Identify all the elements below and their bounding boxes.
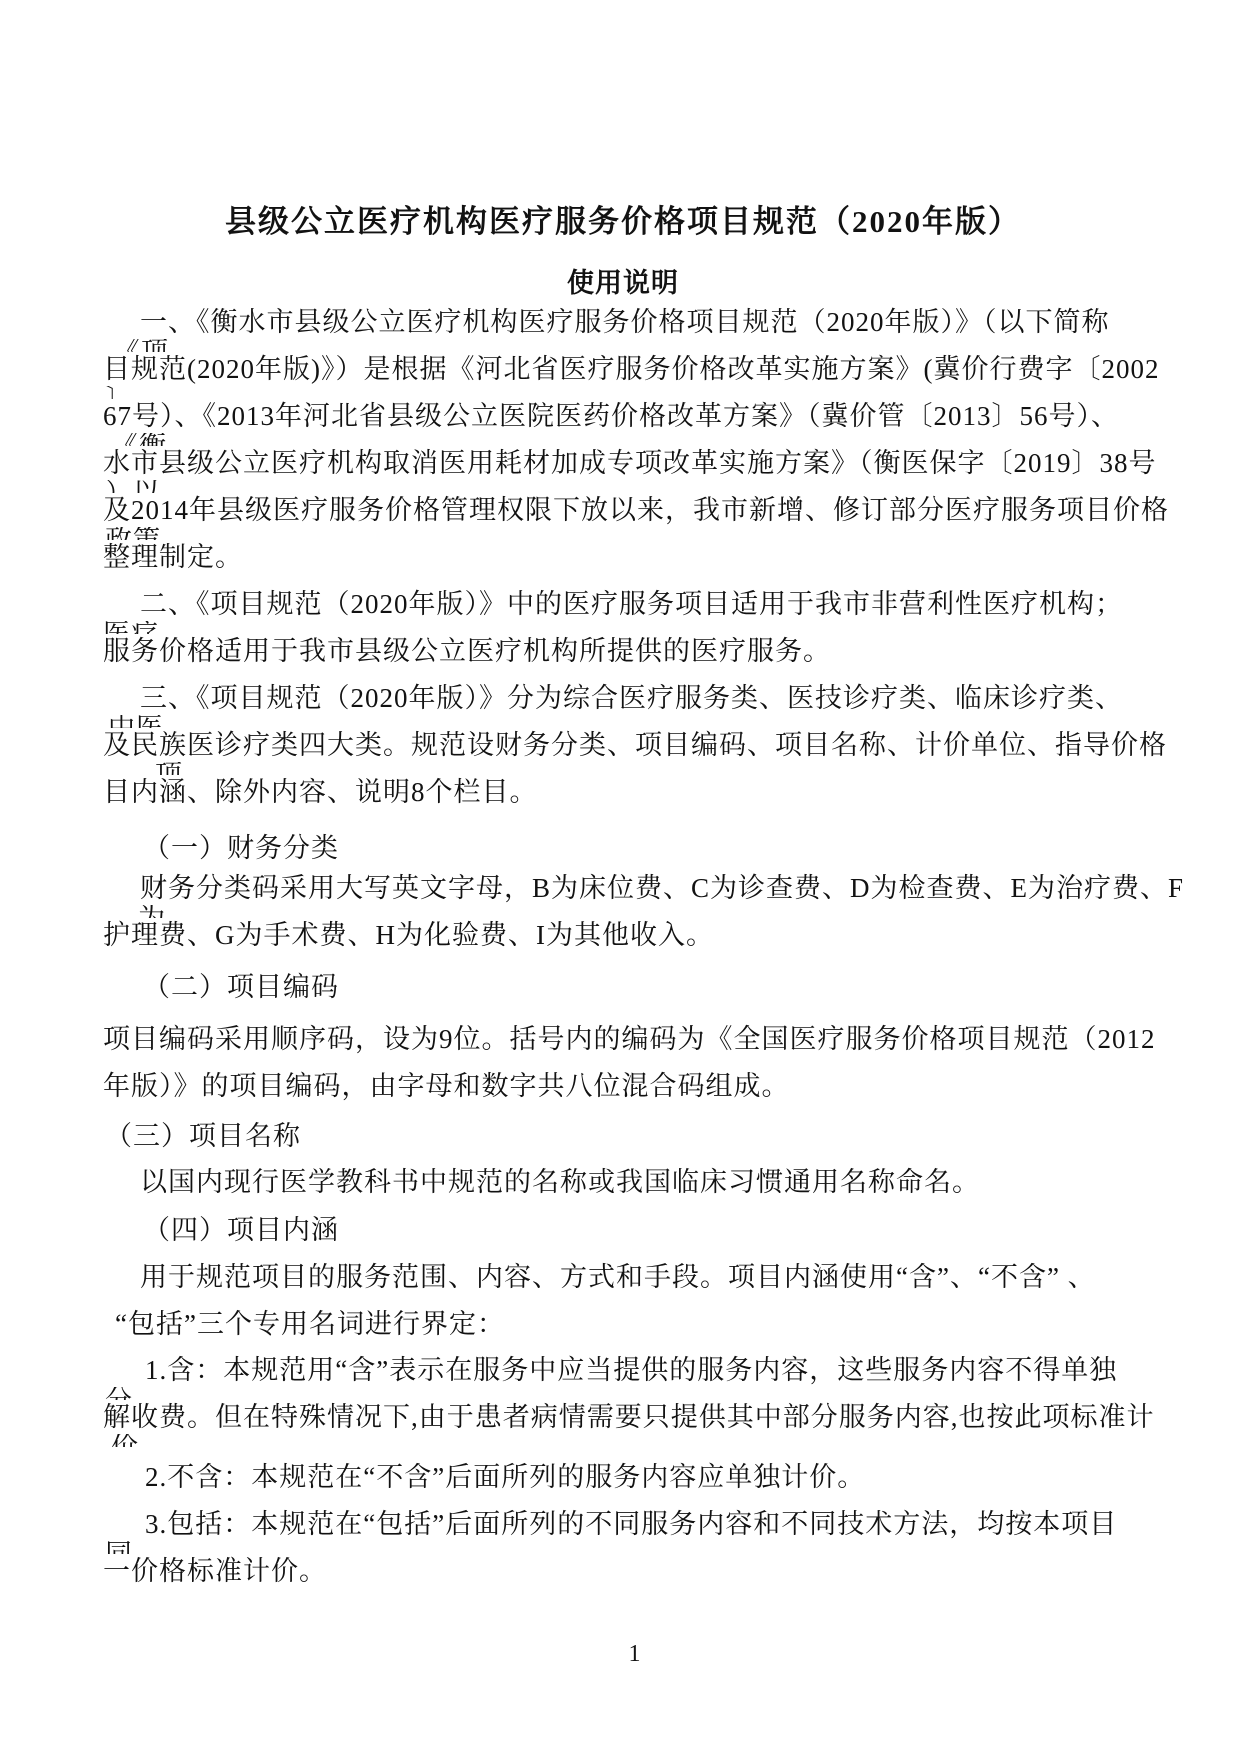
clipped-line-fragment: 《衡 xyxy=(111,433,1143,446)
text-line: 1.含：本规范用“含”表示在服务中应当提供的服务内容，这些服务内容不得单独 xyxy=(145,1353,1143,1387)
clipped-line-fragment: 医疗 xyxy=(103,621,1143,634)
text-line: 及民族医诊疗类四大类。规范设财务分类、项目编码、项目名称、计价单位、指导价格 xyxy=(103,728,1143,762)
clipped-line-fragment: 为 xyxy=(138,905,1143,918)
clipped-line-fragment: 《项 xyxy=(113,339,1143,352)
document-content: 县级公立医疗机构医疗服务价格项目规范（2020年版） 使用说明 一、《衡水市县级… xyxy=(103,202,1143,1588)
text-line: 用于规范项目的服务范围、内容、方式和手段。项目内涵使用“含”、“不含” 、 xyxy=(140,1260,1143,1294)
text-line: 2.不含：本规范在“不含”后面所列的服务内容应单独计价。 xyxy=(145,1460,1143,1494)
text-line: 二、《项目规范（2020年版）》中的医疗服务项目适用于我市非营利性医疗机构； xyxy=(140,587,1143,621)
text-line: 服务价格适用于我市县级公立医疗机构所提供的医疗服务。 xyxy=(103,634,1143,668)
text-line: 一、《衡水市县级公立医疗机构医疗服务价格项目规范（2020年版）》（以下简称 xyxy=(140,305,1143,339)
clipped-line-fragment: 同 xyxy=(105,1541,1143,1554)
text-line: 解收费。但在特殊情况下,由于患者病情需要只提供其中部分服务内容,也按此项标准计 xyxy=(103,1400,1143,1434)
text-line: 年版）》的项目编码，由字母和数字共八位混合码组成。 xyxy=(103,1069,1143,1103)
text-line: “包括”三个专用名词进行界定： xyxy=(115,1307,1143,1341)
text-line: 一价格标准计价。 xyxy=(103,1554,1143,1588)
usage-instructions-heading: 使用说明 xyxy=(103,266,1143,302)
clipped-line-fragment: 中医 xyxy=(108,715,1143,728)
text-line: 三、《项目规范（2020年版）》分为综合医疗服务类、医技诊疗类、临床诊疗类、 xyxy=(140,681,1143,715)
text-line: 护理费、G为手术费、H为化验费、I为其他收入。 xyxy=(103,918,1143,952)
clipped-line-fragment: 项 xyxy=(155,762,1143,775)
page-number: 1 xyxy=(0,1641,1241,1668)
clipped-line-fragment: 〕 xyxy=(105,386,1143,399)
text-line: 3.包括：本规范在“包括”后面所列的不同服务内容和不同技术方法，均按本项目 xyxy=(145,1507,1143,1541)
clipped-line-fragment: 价 xyxy=(111,1434,1143,1447)
text-line: 67号）、《2013年河北省县级公立医院医药价格改革方案》（冀价管〔2013〕5… xyxy=(103,399,1143,433)
section-subheading: （四）项目内涵 xyxy=(143,1213,1143,1247)
section-subheading: （三）项目名称 xyxy=(105,1119,1143,1153)
text-line: 水市县级公立医疗机构取消医用耗材加成专项改革实施方案》（衡医保字〔2019〕38… xyxy=(103,446,1143,480)
section-subheading: （一）财务分类 xyxy=(143,831,1143,865)
document-title: 县级公立医疗机构医疗服务价格项目规范（2020年版） xyxy=(103,202,1143,246)
clipped-line-fragment: ）以 xyxy=(105,480,1143,493)
document-page: 县级公立医疗机构医疗服务价格项目规范（2020年版） 使用说明 一、《衡水市县级… xyxy=(0,0,1241,1754)
text-line: 整理制定。 xyxy=(103,540,1143,574)
document-body: 一、《衡水市县级公立医疗机构医疗服务价格项目规范（2020年版）》（以下简称《项… xyxy=(103,305,1143,1588)
clipped-line-fragment: 分 xyxy=(105,1387,1143,1400)
text-line: 项目编码采用顺序码，设为9位。括号内的编码为《全国医疗服务价格项目规范（2012 xyxy=(103,1022,1143,1056)
section-subheading: （二）项目编码 xyxy=(143,970,1143,1004)
text-line: 及2014年县级医疗服务价格管理权限下放以来，我市新增、修订部分医疗服务项目价格 xyxy=(103,493,1143,527)
text-line: 目规范(2020年版)》）是根据《河北省医疗服务价格改革实施方案》(冀价行费字〔… xyxy=(103,352,1143,386)
text-line: 以国内现行医学教科书中规范的名称或我国临床习惯通用名称命名。 xyxy=(140,1165,1143,1199)
text-line: 目内涵、除外内容、说明8个栏目。 xyxy=(103,775,1143,809)
text-line: 财务分类码采用大写英文字母，B为床位费、C为诊查费、D为检查费、E为治疗费、F xyxy=(140,871,1143,905)
clipped-line-fragment: 政策 xyxy=(105,527,1143,540)
